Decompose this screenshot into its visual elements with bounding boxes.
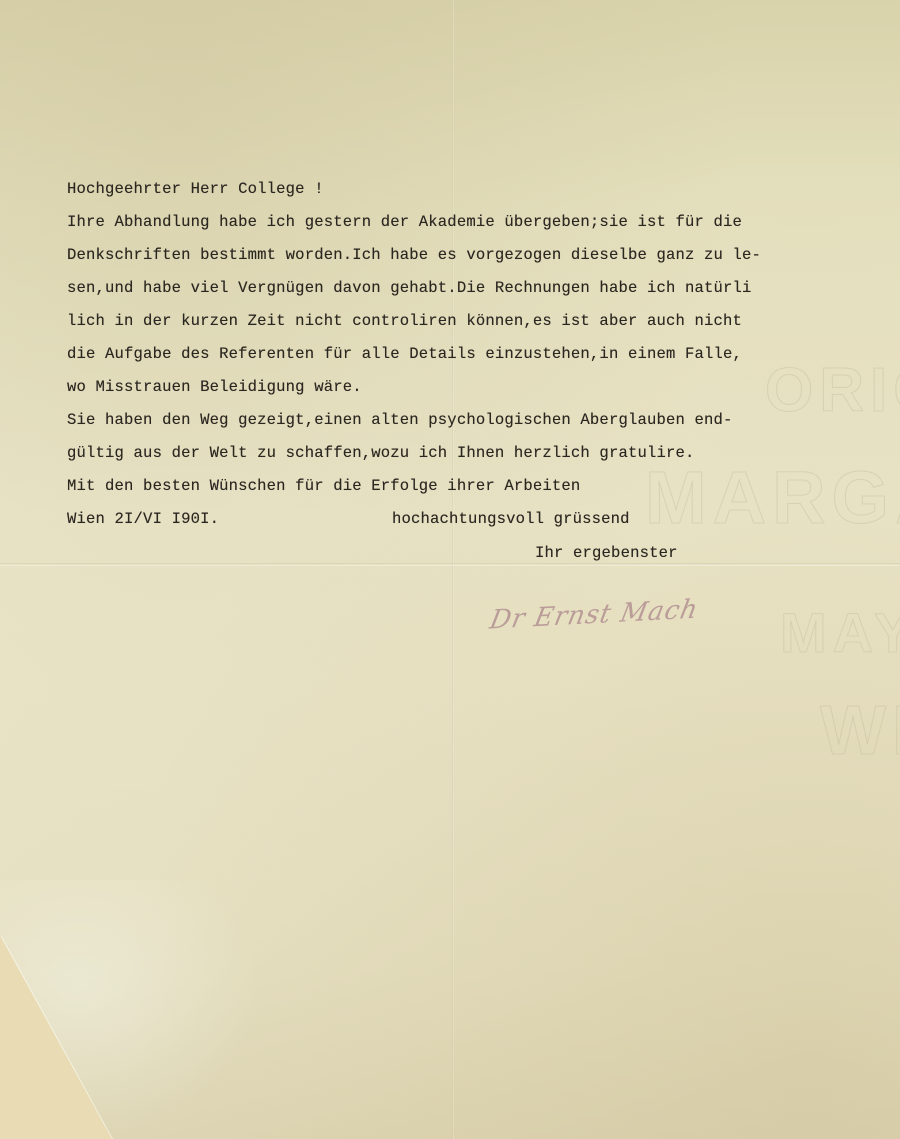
- closing-valediction: Ihr ergebenster: [535, 542, 678, 564]
- letter-line: Mit den besten Wünschen für die Erfolge …: [67, 475, 580, 497]
- letter-line: Sie haben den Weg gezeigt,einen alten ps…: [67, 409, 733, 431]
- salutation: Hochgeehrter Herr College !: [67, 178, 324, 200]
- watermark-line-3: MAYER & I: [780, 600, 900, 665]
- place-date: Wien 2I/VI I90I.: [67, 508, 219, 530]
- vertical-fold-crease: [452, 0, 454, 1139]
- letter-line: sen,und habe viel Vergnügen davon gehabt…: [67, 277, 752, 299]
- watermark-line-4: WI: [820, 690, 900, 770]
- letter-line: lich in der kurzen Zeit nicht controlire…: [67, 310, 742, 332]
- closing-greeting: hochachtungsvoll grüssend: [392, 508, 630, 530]
- watermark-line-2: MARGAR: [645, 455, 900, 540]
- letter-line: die Aufgabe des Referenten für alle Deta…: [67, 343, 742, 365]
- letter-line: gültig aus der Welt zu schaffen,wozu ich…: [67, 442, 695, 464]
- horizontal-fold-crease: [0, 563, 900, 566]
- watermark-line-1: ORIG: [765, 355, 900, 426]
- letter-line: Denkschriften bestimmt worden.Ich habe e…: [67, 244, 761, 266]
- letter-line: wo Misstrauen Beleidigung wäre.: [67, 376, 362, 398]
- letter-line: Ihre Abhandlung habe ich gestern der Aka…: [67, 211, 742, 233]
- folded-corner: [0, 935, 112, 1139]
